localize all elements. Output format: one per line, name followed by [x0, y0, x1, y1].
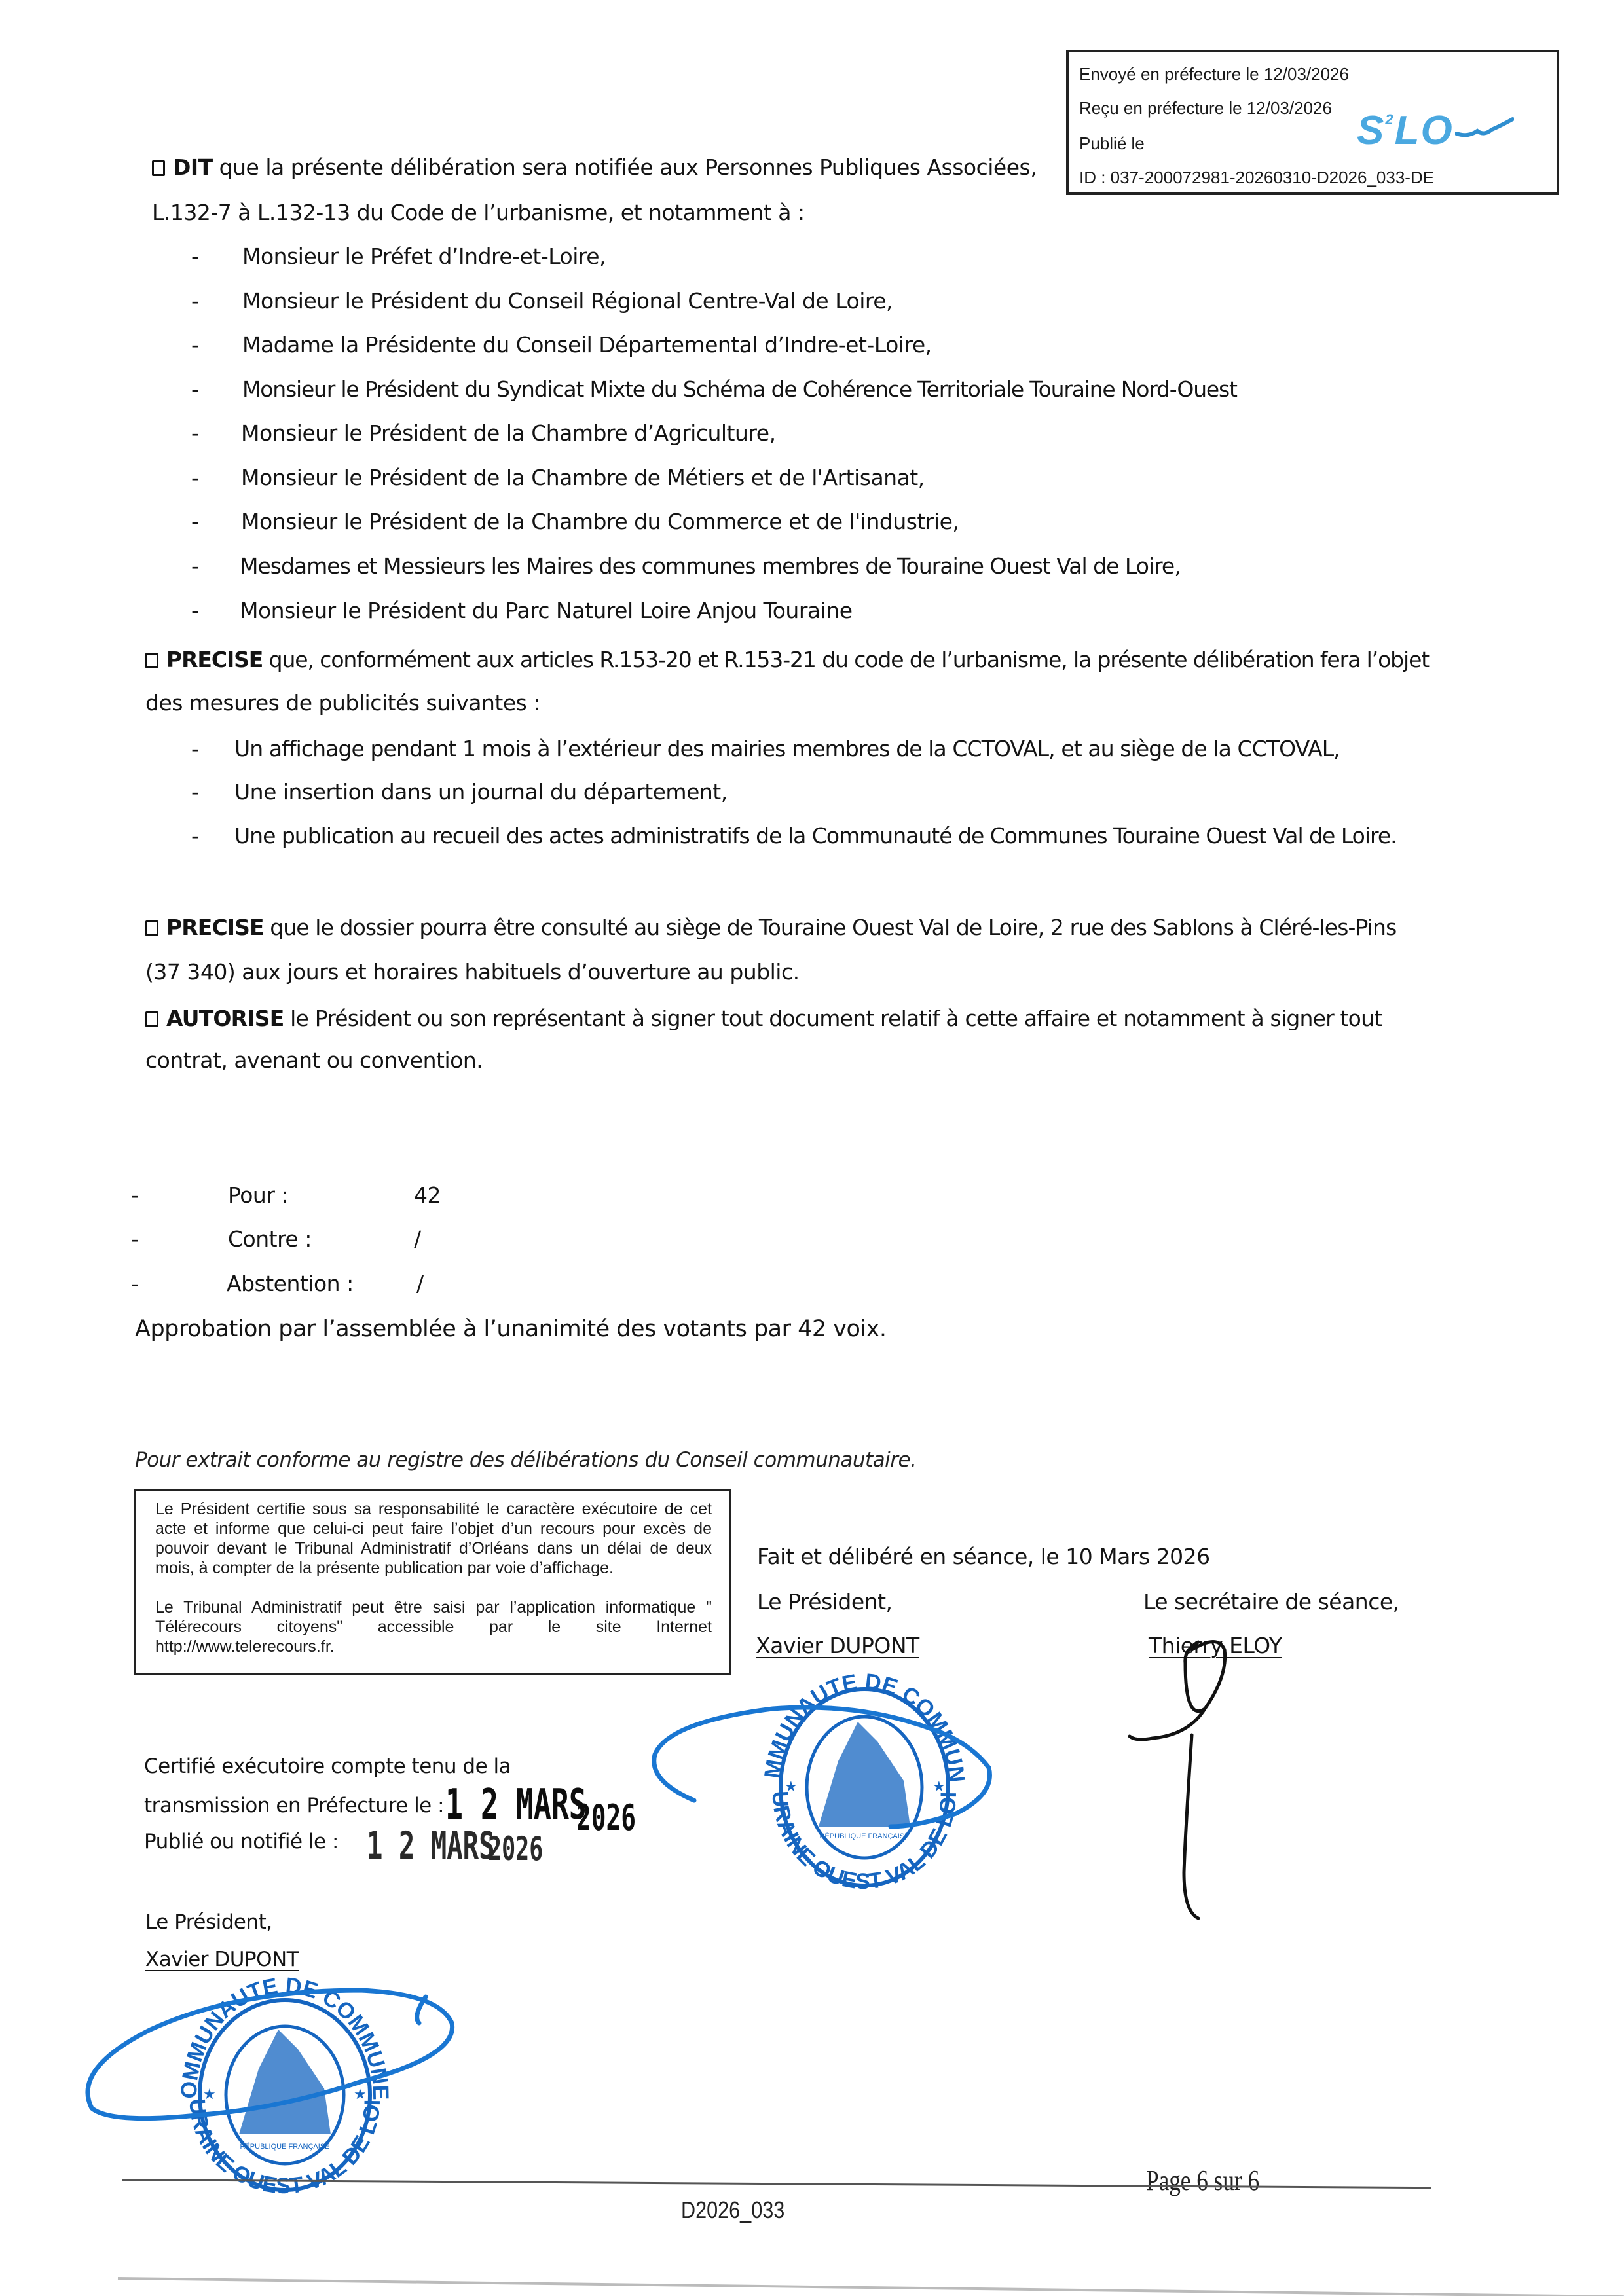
- vote-value-pour: 42: [414, 1182, 441, 1208]
- autorise-text: le Président ou son représentant à signe…: [284, 1006, 1382, 1031]
- page-number: Page 6 sur 6: [1146, 2164, 1259, 2197]
- legal-recourse-notice: Le Président certifie sous sa responsabi…: [134, 1489, 731, 1675]
- svg-text:TOURAINE OUEST VAL DE LOIRE: TOURAINE OUEST VAL DE LOIRE: [633, 1643, 962, 1894]
- vote-bullet: -: [131, 1271, 138, 1296]
- certification-president-title: Le Président,: [145, 1910, 272, 1934]
- svg-text:RÉPUBLIQUE FRANÇAISE: RÉPUBLIQUE FRANÇAISE: [820, 1832, 910, 1840]
- precise-publicity-text: que, conformément aux articles R.153-20 …: [263, 647, 1429, 672]
- precise-publicity-line2: des mesures de publicités suivantes :: [145, 690, 540, 716]
- s2low-logo-lo: LO: [1395, 108, 1454, 153]
- measure-item: Une insertion dans un journal du départe…: [234, 779, 728, 805]
- measure-item: Une publication au recueil des actes adm…: [234, 823, 1397, 848]
- recipient-bullet: -: [191, 332, 198, 357]
- precise-consultation-line2: (37 340) aux jours et horaires habituels…: [145, 959, 800, 985]
- prefecture-transmission-stamp: Envoyé en préfecture le 12/03/2026 Reçu …: [1066, 50, 1559, 195]
- s2low-logo-sup: 2: [1385, 111, 1394, 128]
- received-date: Reçu en préfecture le 12/03/2026: [1079, 98, 1332, 118]
- deliberation-date: Fait et délibéré en séance, le 10 Mars 2…: [757, 1544, 1210, 1569]
- certification-line1: Certifié exécutoire compte tenu de la: [144, 1755, 511, 1778]
- act-id: ID : 037-200072981-20260310-D2026_033-DE: [1079, 168, 1434, 188]
- checkbox-icon: [145, 653, 158, 668]
- recipient-item: Monsieur le Président de la Chambre du C…: [241, 509, 959, 534]
- svg-text:RÉPUBLIQUE FRANÇAISE: RÉPUBLIQUE FRANÇAISE: [240, 2142, 330, 2151]
- recipient-item: Mesdames et Messieurs les Maires des com…: [240, 553, 1181, 579]
- sent-date: Envoyé en préfecture le 12/03/2026: [1079, 64, 1349, 84]
- svg-text:★: ★: [784, 1778, 798, 1795]
- autorise-keyword: AUTORISE: [166, 1006, 284, 1031]
- certification-line3: Publié ou notifié le :: [144, 1830, 339, 1853]
- legal-notice-paragraph2: Le Tribunal Administratif peut être sais…: [155, 1597, 712, 1656]
- measure-bullet: -: [191, 779, 198, 805]
- measure-item: Un affichage pendant 1 mois à l’extérieu…: [234, 736, 1340, 761]
- vote-result: Approbation par l’assemblée à l’unanimit…: [135, 1316, 887, 1342]
- deliberation-code: D2026_033: [681, 2196, 784, 2224]
- document-page: Envoyé en préfecture le 12/03/2026 Reçu …: [0, 0, 1624, 2296]
- secretary-signature: [1166, 1637, 1310, 1977]
- autorise-line2: contrat, avenant ou convention.: [145, 1048, 483, 1073]
- scan-edge: [118, 2277, 1624, 2296]
- recipient-item: Madame la Présidente du Conseil Départem…: [242, 332, 932, 357]
- published-date-stamp: 1 2 MARS: [367, 1823, 495, 1868]
- dit-paragraph-line2: L.132-7 à L.132-13 du Code de l’urbanism…: [152, 200, 805, 225]
- president-name: Xavier DUPONT: [756, 1633, 919, 1658]
- vote-bullet: -: [131, 1226, 138, 1252]
- president-title: Le Président,: [757, 1589, 893, 1614]
- recipient-bullet: -: [191, 420, 198, 446]
- measure-bullet: -: [191, 736, 198, 761]
- precise-consultation-text: que le dossier pourra être consulté au s…: [264, 915, 1397, 940]
- community-seal-stamp: COMMUNAUTE DE COMMUNES TOURAINE OUEST VA…: [642, 1663, 1048, 1892]
- recipient-bullet: -: [191, 244, 198, 269]
- vote-value-contre: /: [414, 1226, 421, 1252]
- precise-consultation-line1: PRECISE que le dossier pourra être consu…: [145, 915, 1396, 940]
- s2low-logo: S2LO: [1357, 107, 1454, 154]
- vote-label-abstention: Abstention :: [227, 1271, 354, 1296]
- recipient-item: Monsieur le Président de la Chambre d’Ag…: [241, 420, 776, 446]
- recipient-item: Monsieur le Président du Syndicat Mixte …: [242, 376, 1237, 402]
- recipient-item: Monsieur le Président du Parc Naturel Lo…: [240, 598, 853, 623]
- recipient-item: Monsieur le Président de la Chambre de M…: [241, 465, 925, 490]
- secretary-title: Le secrétaire de séance,: [1143, 1589, 1399, 1614]
- published-year-stamp: 2026: [488, 1830, 543, 1868]
- measure-bullet: -: [191, 823, 198, 848]
- transmission-year-stamp: 2026: [576, 1797, 636, 1838]
- recipient-bullet: -: [191, 288, 198, 314]
- checkbox-icon: [152, 160, 165, 176]
- svg-text:★: ★: [354, 2086, 367, 2102]
- checkbox-icon: [145, 920, 158, 936]
- certification-president-name: Xavier DUPONT: [145, 1948, 299, 1971]
- dit-text-line1: que la présente délibération sera notifi…: [213, 155, 1037, 180]
- checkbox-icon: [145, 1011, 158, 1027]
- svg-text:★: ★: [932, 1778, 946, 1795]
- recipient-bullet: -: [191, 376, 198, 402]
- published-date: Publié le: [1079, 134, 1145, 154]
- dit-keyword: DIT: [173, 155, 213, 180]
- recipient-bullet: -: [191, 465, 198, 490]
- legal-notice-paragraph1: Le Président certifie sous sa responsabi…: [155, 1499, 712, 1578]
- precise-keyword: PRECISE: [166, 647, 263, 672]
- community-seal-stamp-bottom: COMMUNAUTE DE COMMUNES TOURAINE OUEST VA…: [72, 1977, 491, 2187]
- checkmark-swoosh-icon: [1455, 117, 1514, 143]
- extract-conformity-note: Pour extrait conforme au registre des dé…: [135, 1448, 916, 1472]
- autorise-line1: AUTORISE le Président ou son représentan…: [145, 1006, 1382, 1031]
- transmission-date-stamp: 1 2 MARS: [445, 1781, 587, 1829]
- certification-line2: transmission en Préfecture le :: [144, 1794, 444, 1817]
- vote-label-pour: Pour :: [228, 1182, 288, 1208]
- s2low-logo-s: S: [1357, 108, 1385, 153]
- recipient-bullet: -: [191, 509, 198, 534]
- vote-value-abstention: /: [416, 1271, 424, 1296]
- vote-bullet: -: [131, 1182, 138, 1208]
- recipient-item: Monsieur le Préfet d’Indre-et-Loire,: [242, 244, 606, 269]
- recipient-bullet: -: [191, 553, 198, 579]
- vote-label-contre: Contre :: [228, 1226, 312, 1252]
- recipient-bullet: -: [191, 598, 198, 623]
- precise-publicity-line1: PRECISE que, conformément aux articles R…: [145, 647, 1429, 672]
- recipient-item: Monsieur le Président du Conseil Régiona…: [242, 288, 893, 314]
- svg-text:★: ★: [203, 2086, 216, 2102]
- precise-keyword: PRECISE: [166, 915, 264, 940]
- dit-paragraph-line1: DIT que la présente délibération sera no…: [152, 155, 1037, 180]
